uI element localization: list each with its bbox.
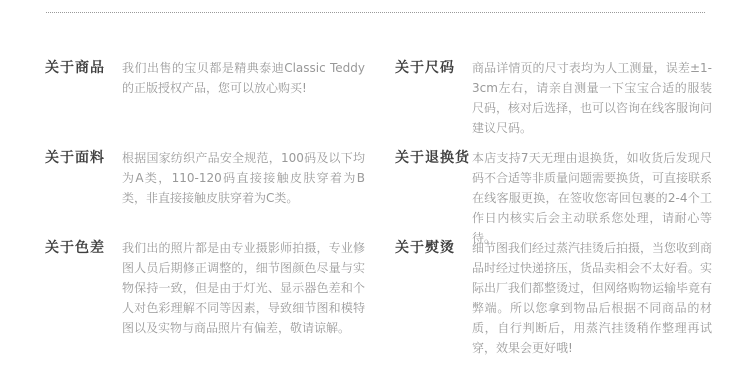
section-about-returns: 关于退换货 本店支持7天无理由退换货，如收货后发现尺码不合适等非质量问题需要换货… xyxy=(395,148,712,238)
section-about-product: 关于商品 我们出售的宝贝都是精典泰迪Classic Teddy的正版授权产品，您… xyxy=(45,58,365,148)
dotted-divider xyxy=(46,12,705,13)
section-title: 关于尺码 xyxy=(395,58,472,78)
section-body: 我们出售的宝贝都是精典泰迪Classic Teddy的正版授权产品，您可以放心购… xyxy=(122,58,365,98)
section-body: 细节图我们经过蒸汽挂烫后拍摄，当您收到商品时经过快递挤压，货品卖相会不太好看。实… xyxy=(472,238,712,358)
section-body: 商品详情页的尺寸表均为人工测量，误差±1-3cm左右，请亲自测量一下宝宝合适的服… xyxy=(472,58,712,138)
section-body: 本店支持7天无理由退换货，如收货后发现尺码不合适等非质量问题需要换货，可直接联系… xyxy=(472,148,712,248)
section-about-fabric: 关于面料 根据国家纺织产品安全规范，100码及以下均为A类，110-120码直接… xyxy=(45,148,365,238)
notice-grid: 关于商品 我们出售的宝贝都是精典泰迪Classic Teddy的正版授权产品，您… xyxy=(45,58,712,358)
section-body: 根据国家纺织产品安全规范，100码及以下均为A类，110-120码直接接触皮肤穿… xyxy=(122,148,365,208)
section-title: 关于退换货 xyxy=(395,148,472,168)
section-title: 关于色差 xyxy=(45,238,122,258)
section-about-color-difference: 关于色差 我们出的照片都是由专业摄影师拍摄，专业修图人员后期修正调整的，细节图颜… xyxy=(45,238,365,358)
section-title: 关于熨烫 xyxy=(395,238,472,258)
section-title: 关于面料 xyxy=(45,148,122,168)
section-title: 关于商品 xyxy=(45,58,122,78)
section-about-size: 关于尺码 商品详情页的尺寸表均为人工测量，误差±1-3cm左右，请亲自测量一下宝… xyxy=(395,58,712,148)
product-notice-panel: 关于商品 我们出售的宝贝都是精典泰迪Classic Teddy的正版授权产品，您… xyxy=(0,0,750,382)
section-body: 我们出的照片都是由专业摄影师拍摄，专业修图人员后期修正调整的，细节图颜色尽量与实… xyxy=(122,238,365,338)
section-about-ironing: 关于熨烫 细节图我们经过蒸汽挂烫后拍摄，当您收到商品时经过快递挤压，货品卖相会不… xyxy=(395,238,712,358)
